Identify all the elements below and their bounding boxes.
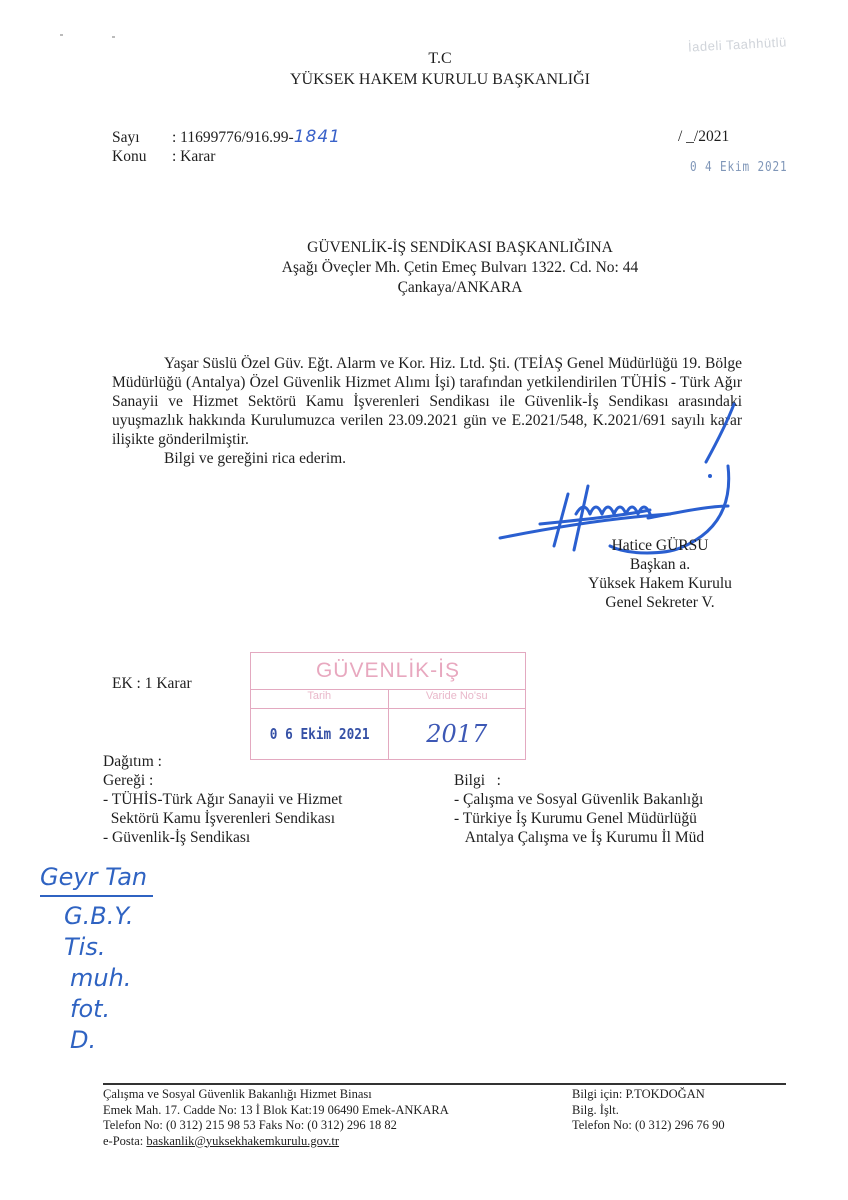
gere-item: - Güvenlik-İş Sendikası	[103, 828, 343, 847]
body-paragraph: Yaşar Süslü Özel Güv. Eğt. Alarm ve Kor.…	[112, 354, 742, 449]
bilgi-item: Antalya Çalışma ve İş Kurumu İl Müd	[454, 828, 704, 847]
sayi-handwritten-number: 1841	[294, 127, 341, 147]
signature-block: Hatice GÜRSU Başkan a. Yüksek Hakem Kuru…	[560, 536, 760, 612]
bilgi-item: - Çalışma ve Sosyal Güvenlik Bakanlığı	[454, 790, 704, 809]
signatory-name: Hatice GÜRSU	[560, 536, 760, 555]
konu-label: Konu	[112, 147, 172, 166]
pen-stroke-icon	[700, 400, 740, 470]
footer-info-role: Bilg. İşlt.	[572, 1103, 725, 1119]
letterhead-institution: YÜKSEK HAKEM KURULU BAŞKANLIĞI	[0, 69, 848, 90]
footer-email-link[interactable]: baskanlik@yuksekhakemkurulu.gov.tr	[146, 1134, 339, 1148]
date-stamp: 0 4 Ekim 2021	[690, 160, 788, 175]
receipt-stamp: GÜVENLİK-İŞ Tarih Varide No'su 0 6 Ekim …	[250, 652, 526, 760]
gere-item: - TÜHİS-Türk Ağır Sanayii ve Hizmet	[103, 790, 343, 809]
footer-address: Emek Mah. 17. Cadde No: 13 İ Blok Kat:19…	[103, 1103, 449, 1119]
letterhead: T.C YÜKSEK HAKEM KURULU BAŞKANLIĞI	[0, 48, 848, 90]
signatory-role: Genel Sekreter V.	[560, 593, 760, 612]
scan-speck	[60, 34, 63, 36]
signatory-title: Başkan a.	[560, 555, 760, 574]
bilgi-label: Bilgi :	[454, 771, 704, 790]
distribution-label: Dağıtım :	[103, 752, 343, 771]
stamp-organization: GÜVENLİK-İŞ	[251, 653, 525, 690]
footer-info-person: Bilgi için: P.TOKDOĞAN	[572, 1087, 725, 1103]
footer-info-phone: Telefon No: (0 312) 296 76 90	[572, 1118, 725, 1134]
stamp-number: 2017	[426, 720, 487, 748]
addressee: GÜVENLİK-İŞ SENDİKASI BAŞKANLIĞINA Aşağı…	[0, 238, 848, 298]
bilgi-item: - Türkiye İş Kurumu Genel Müdürlüğü	[454, 809, 704, 828]
footer-divider	[103, 1083, 786, 1085]
addressee-city: Çankaya/ANKARA	[0, 278, 848, 298]
handwritten-note-title: Geyr Tan	[40, 862, 153, 897]
handwritten-note-line: fot.	[40, 994, 153, 1025]
stamp-number-label: Varide No'su	[389, 690, 526, 708]
addressee-name: GÜVENLİK-İŞ SENDİKASI BAŞKANLIĞINA	[0, 238, 848, 258]
handwritten-notes: Geyr Tan G.B.Y. Tis. muh. fot. D.	[40, 862, 153, 1056]
distribution-left: Dağıtım : Gereği : - TÜHİS-Türk Ağır San…	[103, 752, 343, 847]
sayi-label: Sayı	[112, 128, 172, 147]
addressee-street: Aşağı Öveçler Mh. Çetin Emeç Bulvarı 132…	[0, 258, 848, 278]
attachment-note: EK : 1 Karar	[112, 675, 192, 693]
footer-contact: Çalışma ve Sosyal Güvenlik Bakanlığı Hiz…	[103, 1087, 449, 1149]
signatory-organization: Yüksek Hakem Kurulu	[560, 574, 760, 593]
footer-building: Çalışma ve Sosyal Güvenlik Bakanlığı Hiz…	[103, 1087, 449, 1103]
footer-email-label: e-Posta:	[103, 1134, 146, 1148]
date-printed: / _/2021	[678, 128, 729, 146]
distribution-right: Bilgi : - Çalışma ve Sosyal Güvenlik Bak…	[454, 771, 704, 847]
handwritten-note-line: D.	[40, 1025, 153, 1056]
scan-speck	[112, 36, 115, 38]
footer-info-contact: Bilgi için: P.TOKDOĞAN Bilg. İşlt. Telef…	[572, 1087, 725, 1134]
footer-phone-fax: Telefon No: (0 312) 215 98 53 Faks No: (…	[103, 1118, 449, 1134]
document-meta: Sayı: 11699776/916.99-1841 Konu: Karar	[112, 128, 341, 166]
sayi-value: : 11699776/916.99-	[172, 129, 294, 146]
stamp-date-label: Tarih	[251, 690, 389, 708]
konu-value: : Karar	[172, 148, 215, 165]
gere-label: Gereği :	[103, 771, 343, 790]
letter-body: Yaşar Süslü Özel Güv. Eğt. Alarm ve Kor.…	[112, 354, 742, 468]
handwritten-note-line: muh.	[40, 963, 153, 994]
gere-item: Sektörü Kamu İşverenleri Sendikası	[103, 809, 343, 828]
handwritten-note-line: Tis.	[40, 932, 153, 963]
handwritten-note-line: G.B.Y.	[40, 901, 153, 932]
